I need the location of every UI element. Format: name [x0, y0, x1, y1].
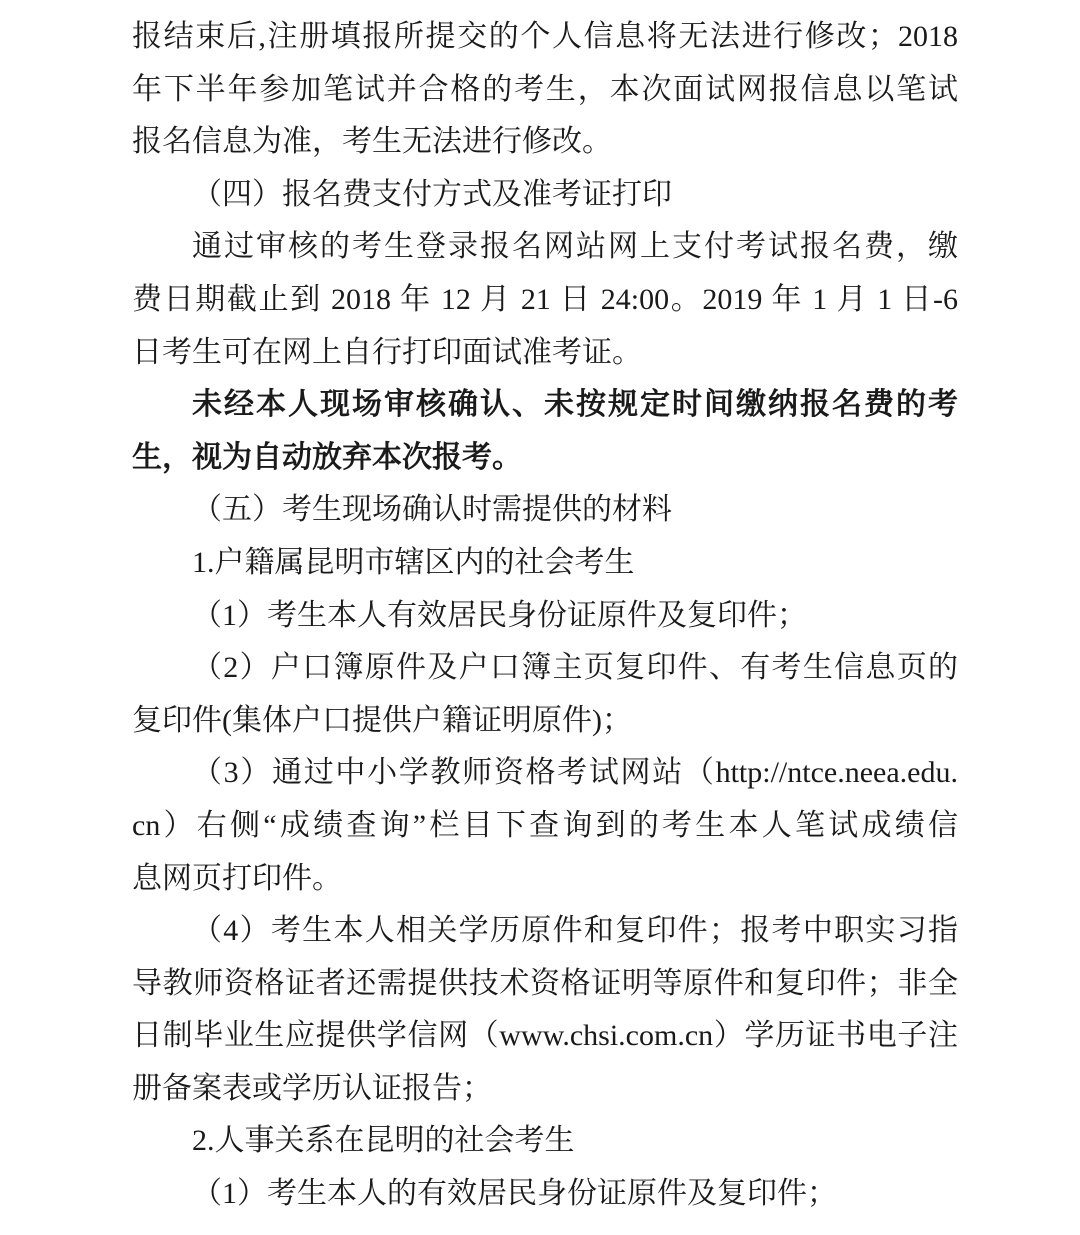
list-item-line: （2）户口簿原件及户口簿主页复印件、有考生信息页的 [132, 642, 958, 695]
list-item-line: 册备案表或学历认证报告； [132, 1063, 958, 1116]
list-item-line: 日制毕业生应提供学信网（www.chsi.com.cn）学历证书电子注 [132, 1010, 958, 1063]
text-line: 报结束后,注册填报所提交的个人信息将无法进行修改；2018 [132, 11, 958, 64]
list-item-line: 导教师资格证者还需提供技术资格证明等原件和复印件；非全 [132, 958, 958, 1011]
list-item-line: （1）考生本人有效居民身份证原件及复印件； [132, 590, 958, 643]
text-line: 通过审核的考生登录报名网站网上支付考试报名费，缴 [132, 221, 958, 274]
text-line: 报名信息为准，考生无法进行修改。 [132, 116, 958, 169]
subsection-heading-personnel: 2.人事关系在昆明的社会考生 [132, 1115, 958, 1168]
subsection-heading-household: 1.户籍属昆明市辖区内的社会考生 [132, 537, 958, 590]
warning-text-line: 生，视为自动放弃本次报考。 [132, 432, 958, 485]
list-item-line: 复印件(集体户口提供户籍证明原件)； [132, 695, 958, 748]
section-heading-payment: （四）报名费支付方式及准考证打印 [132, 169, 958, 222]
list-item-line: 息网页打印件。 [132, 853, 958, 906]
text-line: 日考生可在网上自行打印面试准考证。 [132, 327, 958, 380]
text-line: 年下半年参加笔试并合格的考生，本次面试网报信息以笔试 [132, 64, 958, 117]
list-item-line: cn）右侧“成绩查询”栏目下查询到的考生本人笔试成绩信 [132, 800, 958, 853]
list-item-line: （1）考生本人的有效居民身份证原件及复印件； [132, 1168, 958, 1221]
document-page: 报结束后,注册填报所提交的个人信息将无法进行修改；2018 年下半年参加笔试并合… [0, 0, 1080, 1235]
list-item-line: （4）考生本人相关学历原件和复印件；报考中职实习指 [132, 905, 958, 958]
list-item-line: （3）通过中小学教师资格考试网站（http://ntce.neea.edu. [132, 747, 958, 800]
warning-text-line: 未经本人现场审核确认、未按规定时间缴纳报名费的考 [132, 379, 958, 432]
text-line: 费日期截止到 2018 年 12 月 21 日 24:00。2019 年 1 月… [132, 274, 958, 327]
section-heading-materials: （五）考生现场确认时需提供的材料 [132, 484, 958, 537]
